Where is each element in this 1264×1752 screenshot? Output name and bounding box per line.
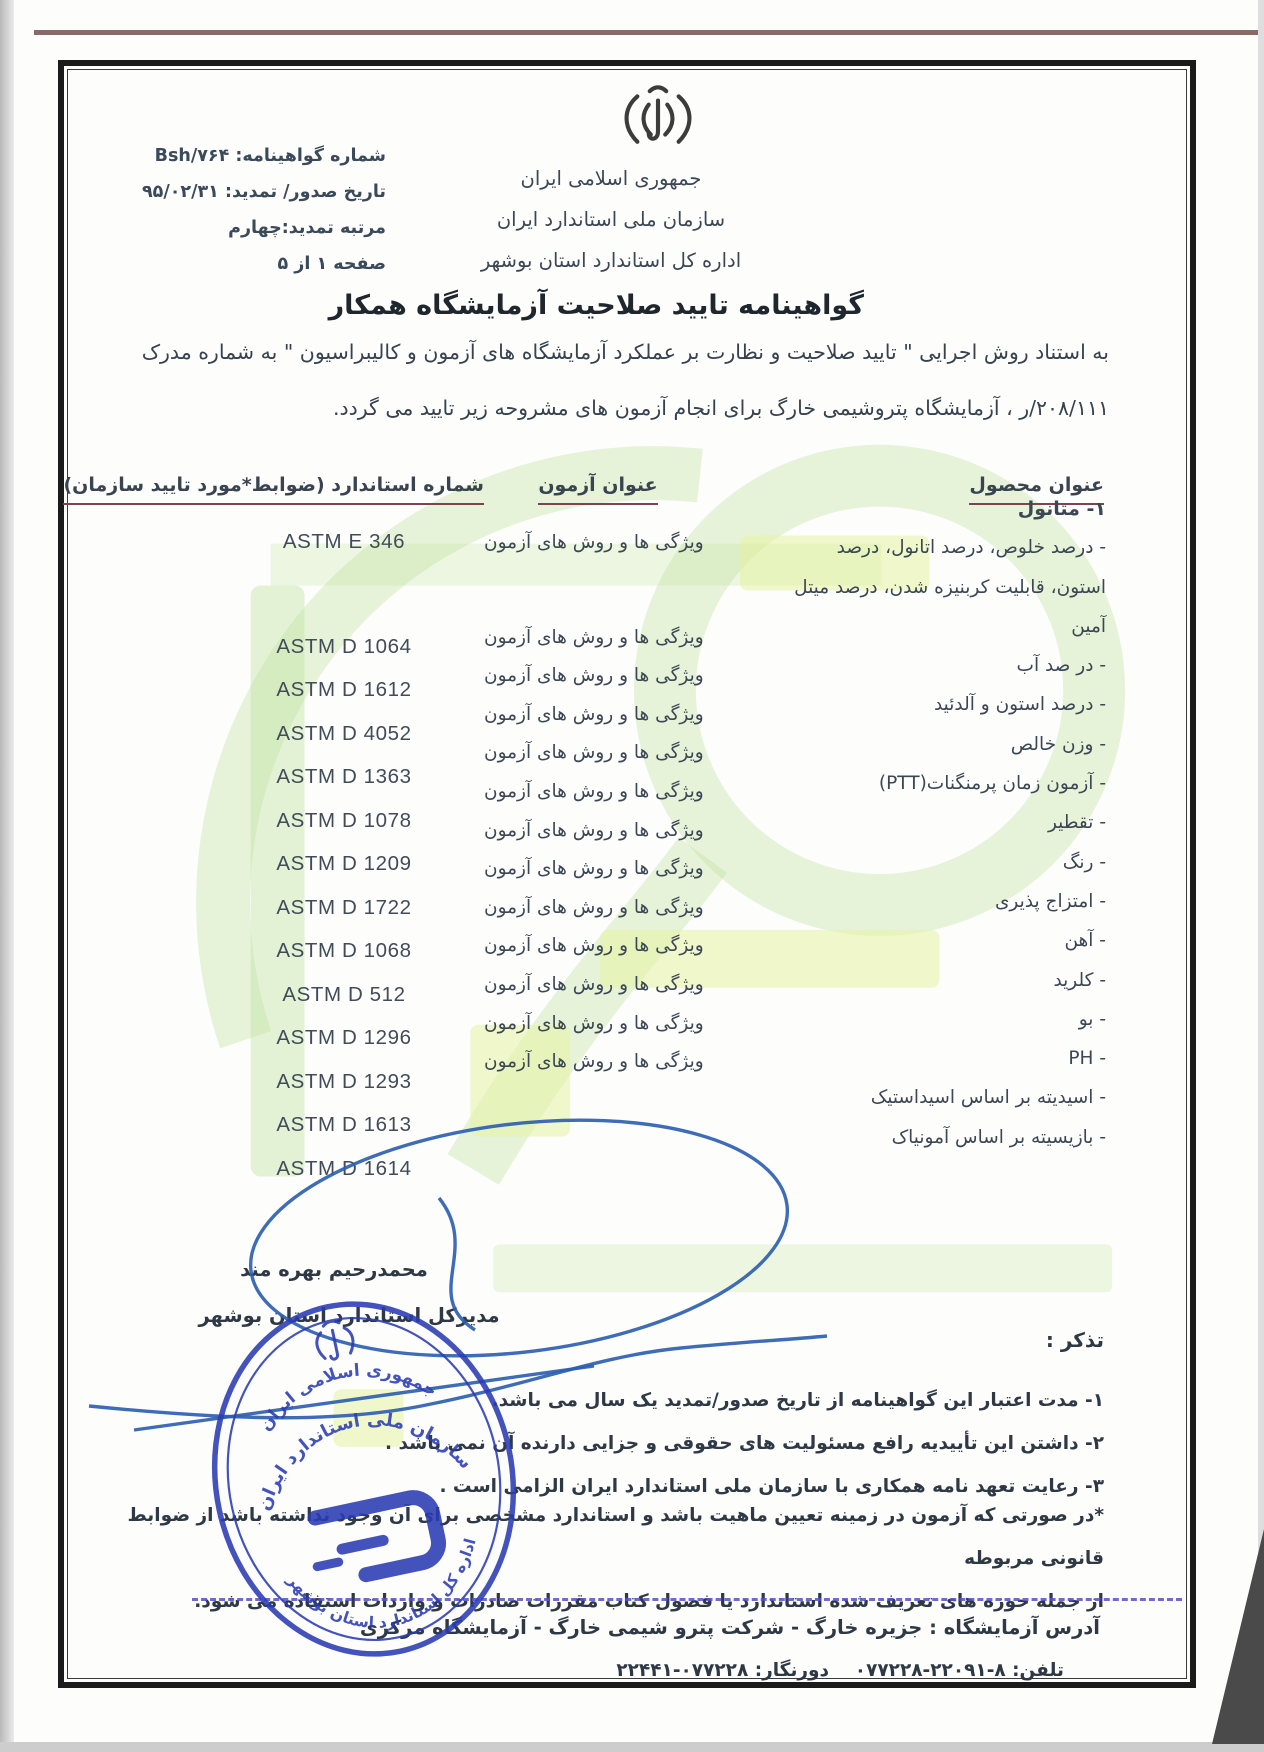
standard-item: ASTM D 1293 xyxy=(179,1070,509,1114)
test-item: ویژگی ها و روش های آزمون xyxy=(484,935,784,974)
product-item: - PH xyxy=(794,1048,1106,1087)
star-note-line-1: *در صورتی که آزمون در زمینه تعیین ماهیت … xyxy=(88,1494,1104,1580)
test-item: ویژگی ها و روش های آزمون xyxy=(484,627,784,666)
note-item: ۱- مدت اعتبار این گواهینامه از تاریخ صدو… xyxy=(385,1390,1104,1433)
test-item: ویژگی ها و روش های آزمون xyxy=(484,858,784,897)
test-item: ویژگی ها و روش های آزمون xyxy=(484,704,784,743)
intro-paragraph: به استناد روش اجرایی " تایید صلاحیت و نظ… xyxy=(109,324,1109,436)
org-line-national-org: سازمان ملی استاندارد ایران xyxy=(441,199,781,240)
org-line-province-office: اداره کل استاندارد استان بوشهر xyxy=(441,240,781,281)
lab-address: آدرس آزمایشگاه : جزیره خارگ - شرکت پترو … xyxy=(360,1616,1100,1639)
test-item: ویژگی ها و روش های آزمون xyxy=(484,1013,784,1052)
standard-item: ASTM D 4052 xyxy=(179,722,509,766)
standard-item: ASTM D 1209 xyxy=(179,852,509,896)
scan-shadow-corner xyxy=(1212,1529,1264,1744)
scan-edge-bottom xyxy=(0,1742,1264,1752)
certificate-meta: شماره گواهینامه: Bsh/۷۶۴ تاریخ صدور/ تمد… xyxy=(94,138,386,282)
product-item: - درصد استون و آلدئید xyxy=(794,694,1106,733)
iran-emblem-icon xyxy=(616,84,700,150)
scan-edge-top xyxy=(34,30,1264,35)
test-item: ویژگی ها و روش های آزمون xyxy=(484,742,784,781)
product-item: - در صد آب xyxy=(794,655,1106,694)
standard-item: ASTM D 512 xyxy=(179,983,509,1027)
product-item: - درصد خلوص، درصد اتانول، درصد xyxy=(794,537,1106,576)
standard-item: ASTM D 1614 xyxy=(179,1157,509,1201)
certificate-title: گواهینامه تایید صلاحیت آزمایشگاه همکار xyxy=(364,290,864,321)
note-item: ۲- داشتن این تأییدیه رافع مسئولیت های حق… xyxy=(385,1433,1104,1476)
signatory-role: مدیرکل استاندارد استان بوشهر xyxy=(174,1304,524,1327)
product-item: - بازیسیته بر اساس آمونیاک xyxy=(794,1127,1106,1166)
product-item: - اسیدیته بر اساس اسیداستیک xyxy=(794,1087,1106,1126)
product-item: - آزمون زمان پرمنگنات(PTT) xyxy=(794,773,1106,812)
product-item: - امتزاج پذیری xyxy=(794,891,1106,930)
test-item: ویژگی ها و روش های آزمون xyxy=(484,897,784,936)
standard-number-column: ASTM E 346ASTM D 1064ASTM D 1612ASTM D 4… xyxy=(179,530,509,1200)
product-item: - آهن xyxy=(794,930,1106,969)
product-column: ۱- متانول- درصد خلوص، درصد اتانول، درصدا… xyxy=(794,498,1106,1166)
renewal-rank: مرتبه تمدید:چهارم xyxy=(94,210,386,246)
organization-header: جمهوری اسلامی ایران سازمان ملی استاندارد… xyxy=(441,158,781,281)
scanned-certificate-page: شماره گواهینامه: Bsh/۷۶۴ تاریخ صدور/ تمد… xyxy=(0,0,1264,1752)
page-number: صفحه ۱ از ۵ xyxy=(94,246,386,282)
product-item: - رنگ xyxy=(794,852,1106,891)
lab-phone-fax: تلفن: ۸-۲۲۰۹۱-۰۷۷۲۲۸ دورنگار: ۰۷۷۲۲۸-۲۲۴… xyxy=(616,1660,1064,1681)
dashed-divider xyxy=(192,1598,1182,1601)
org-line-country: جمهوری اسلامی ایران xyxy=(441,158,781,199)
standard-item: ASTM D 1064 xyxy=(179,635,509,679)
standard-item: ASTM D 1613 xyxy=(179,1113,509,1157)
test-item: ویژگی ها و روش های آزمون xyxy=(484,974,784,1013)
standard-item: ASTM D 1078 xyxy=(179,809,509,853)
product-item: - تقطیر xyxy=(794,812,1106,851)
intro-line-2: ۲۰۸/۱۱۱/ر ، آزمایشگاه پتروشیمی خارگ برای… xyxy=(109,380,1109,436)
product-item: - کلرید xyxy=(794,970,1106,1009)
test-item: ویژگی ها و روش های آزمون xyxy=(484,532,784,571)
scan-edge-left xyxy=(0,0,14,1752)
standard-item: ASTM D 1296 xyxy=(179,1026,509,1070)
intro-line-1: به استناد روش اجرایی " تایید صلاحیت و نظ… xyxy=(109,324,1109,380)
standard-item: ASTM D 1722 xyxy=(179,896,509,940)
notes-heading: تذکر : xyxy=(1046,1328,1104,1352)
test-item: ویژگی ها و روش های آزمون xyxy=(484,820,784,859)
product-item: ۱- متانول xyxy=(794,498,1106,537)
product-item: استون، قابلیت کربنیزه شدن، درصد میتل xyxy=(794,577,1106,616)
certificate-frame: شماره گواهینامه: Bsh/۷۶۴ تاریخ صدور/ تمد… xyxy=(58,60,1196,1688)
star-note: *در صورتی که آزمون در زمینه تعیین ماهیت … xyxy=(88,1494,1104,1623)
column-header-standard: شماره استاندارد (ضوابط*مورد تایید سازمان… xyxy=(104,474,484,505)
product-item: آمین xyxy=(794,616,1106,655)
signatory-name: محمدرحیم بهره مند xyxy=(194,1258,474,1281)
product-item: - بو xyxy=(794,1009,1106,1048)
certificate-number: شماره گواهینامه: Bsh/۷۶۴ xyxy=(94,138,386,174)
test-item: ویژگی ها و روش های آزمون xyxy=(484,781,784,820)
standard-item: ASTM D 1363 xyxy=(179,765,509,809)
column-header-test: عنوان آزمون xyxy=(513,474,683,505)
scan-edge-right xyxy=(1258,0,1264,1752)
test-item: ویژگی ها و روش های آزمون xyxy=(484,665,784,704)
test-item: ویژگی ها و روش های آزمون xyxy=(484,1051,784,1090)
issue-renewal-date: تاریخ صدور/ تمدید: ۹۵/۰۲/۳۱ xyxy=(94,174,386,210)
test-title-column: ویژگی ها و روش های آزمونویژگی ها و روش ه… xyxy=(484,532,784,1090)
product-item: - وزن خالص xyxy=(794,734,1106,773)
standard-item: ASTM E 346 xyxy=(179,530,509,574)
standard-item: ASTM D 1612 xyxy=(179,678,509,722)
standard-item: ASTM D 1068 xyxy=(179,939,509,983)
